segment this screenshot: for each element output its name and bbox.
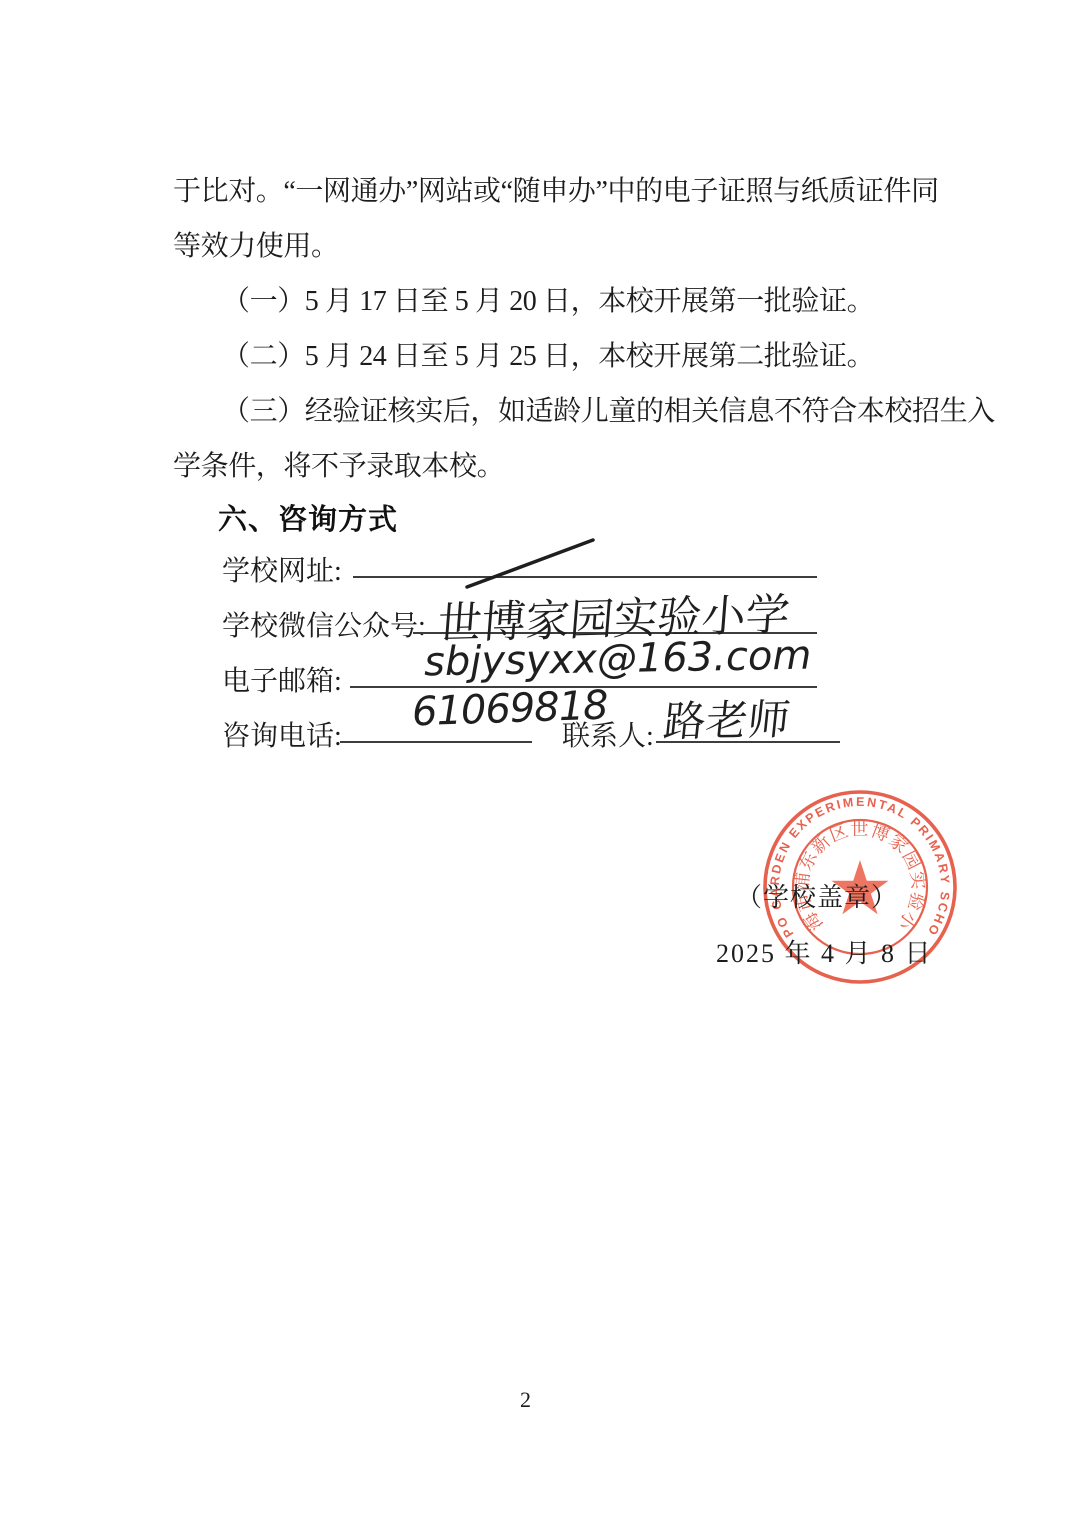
paragraph-line: 于比对。“一网通办”网站或“随申办”中的电子证照与纸质证件同	[173, 164, 923, 219]
paragraph-line-item-2: （二）5 月 24 日至 5 月 25 日，本校开展第二批验证。	[173, 329, 923, 384]
phone-underline	[340, 741, 532, 743]
email-label: 电子邮箱:	[222, 659, 342, 699]
contact-handwritten-value: 路老师	[661, 687, 793, 749]
page-number: 2	[520, 1387, 531, 1413]
paragraph-line: 学条件，将不予录取本校。	[173, 439, 923, 494]
phone-label: 咨询电话:	[222, 714, 342, 754]
contact-label: 联系人:	[562, 714, 654, 754]
section-heading: 六、咨询方式	[218, 497, 398, 538]
document-date: 2025 年 4 月 8 日	[716, 933, 933, 970]
website-handwritten-slash	[455, 528, 605, 590]
email-handwritten-value: sbjysyxx@163.com	[424, 633, 812, 686]
paragraph-line-item-3: （三）经验证核实后，如适龄儿童的相关信息不符合本校招生入	[173, 384, 923, 439]
website-label: 学校网址:	[222, 549, 342, 589]
paragraph-line-item-1: （一）5 月 17 日至 5 月 20 日，本校开展第一批验证。	[173, 274, 923, 329]
wechat-label: 学校微信公众号:	[222, 604, 426, 644]
paragraph-line: 等效力使用。	[173, 219, 923, 274]
document-page: 于比对。“一网通办”网站或“随申办”中的电子证照与纸质证件同 等效力使用。 （一…	[0, 0, 1080, 1528]
body-paragraph: 于比对。“一网通办”网站或“随申办”中的电子证照与纸质证件同 等效力使用。 （一…	[173, 164, 923, 494]
seal-note: （学校盖章）	[736, 877, 898, 914]
